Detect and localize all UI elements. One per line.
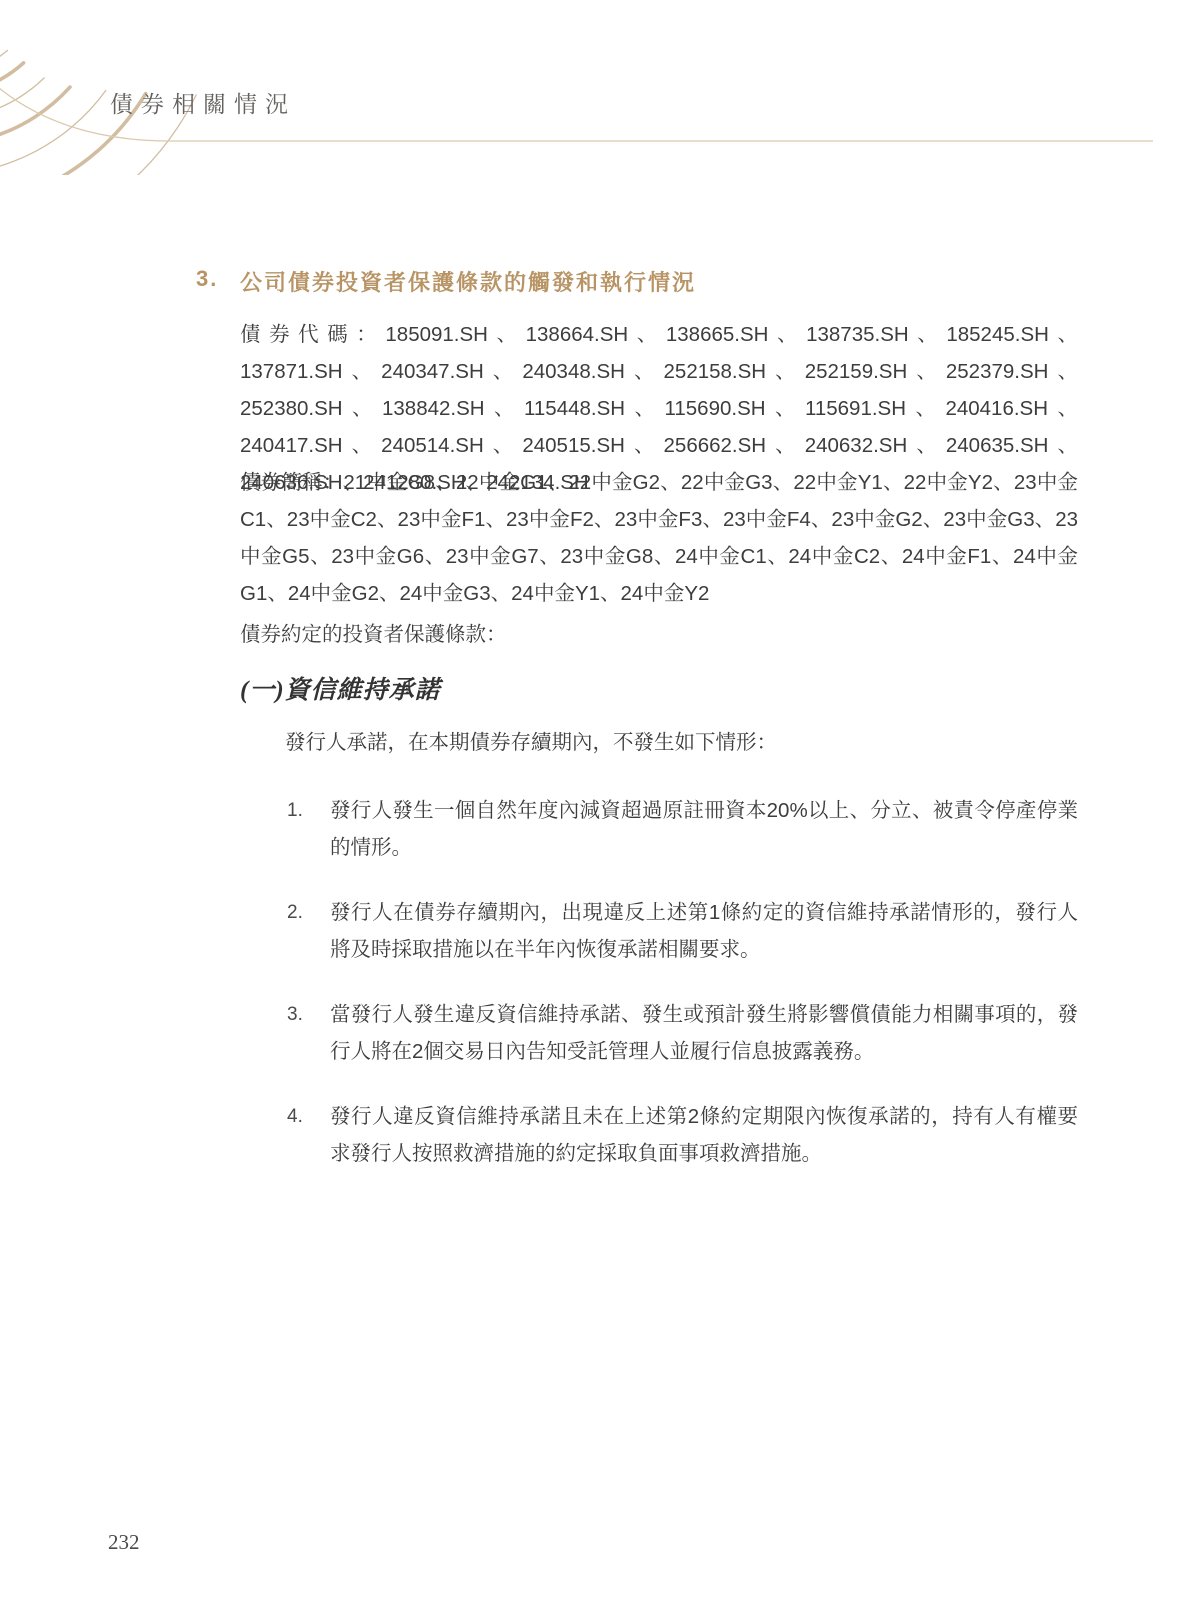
bond-names-paragraph: 債券簡稱：21中金G8、22中金G1、22中金G2、22中金G3、22中金Y1、… (240, 464, 1078, 612)
protection-intro: 債券約定的投資者保護條款： (240, 616, 1078, 653)
list-item-number: 3. (287, 996, 303, 1033)
lead-sentence: 發行人承諾，在本期債券存續期內，不發生如下情形： (285, 724, 1078, 761)
section-heading: 3. 公司債券投資者保護條款的觸發和執行情況 (196, 266, 1078, 297)
protection-clause-list: 1. 發行人發生一個自然年度內減資超過原註冊資本20%以上、分立、被責令停產停業… (240, 792, 1078, 1200)
section-title: 公司債券投資者保護條款的觸發和執行情況 (196, 266, 1078, 297)
list-item: 2. 發行人在債券存續期內，出現違反上述第1條約定的資信維持承諾情形的，發行人將… (240, 894, 1078, 968)
document-page: 債券相關情況 3. 公司債券投資者保護條款的觸發和執行情況 債券代碼：18509… (0, 0, 1190, 1615)
page-header-title: 債券相關情況 (110, 86, 296, 119)
page-number: 232 (108, 1530, 140, 1555)
list-item-number: 4. (287, 1098, 303, 1135)
list-item-number: 1. (287, 792, 303, 829)
list-item: 4. 發行人違反資信維持承諾且未在上述第2條約定期限內恢復承諾的，持有人有權要求… (240, 1098, 1078, 1172)
list-item-text: 發行人在債券存續期內，出現違反上述第1條約定的資信維持承諾情形的，發行人將及時採… (330, 901, 1078, 961)
list-item-text: 當發行人發生違反資信維持承諾、發生或預計發生將影響償債能力相關事項的，發行人將在… (330, 1003, 1078, 1063)
list-item: 1. 發行人發生一個自然年度內減資超過原註冊資本20%以上、分立、被責令停產停業… (240, 792, 1078, 866)
list-item: 3. 當發行人發生違反資信維持承諾、發生或預計發生將影響償債能力相關事項的，發行… (240, 996, 1078, 1070)
list-item-number: 2. (287, 894, 303, 931)
section-number: 3. (196, 266, 218, 292)
list-item-text: 發行人違反資信維持承諾且未在上述第2條約定期限內恢復承諾的，持有人有權要求發行人… (330, 1105, 1078, 1165)
list-item-text: 發行人發生一個自然年度內減資超過原註冊資本20%以上、分立、被責令停產停業的情形… (330, 799, 1078, 859)
subsection-title: (一)資信維持承諾 (240, 670, 441, 706)
